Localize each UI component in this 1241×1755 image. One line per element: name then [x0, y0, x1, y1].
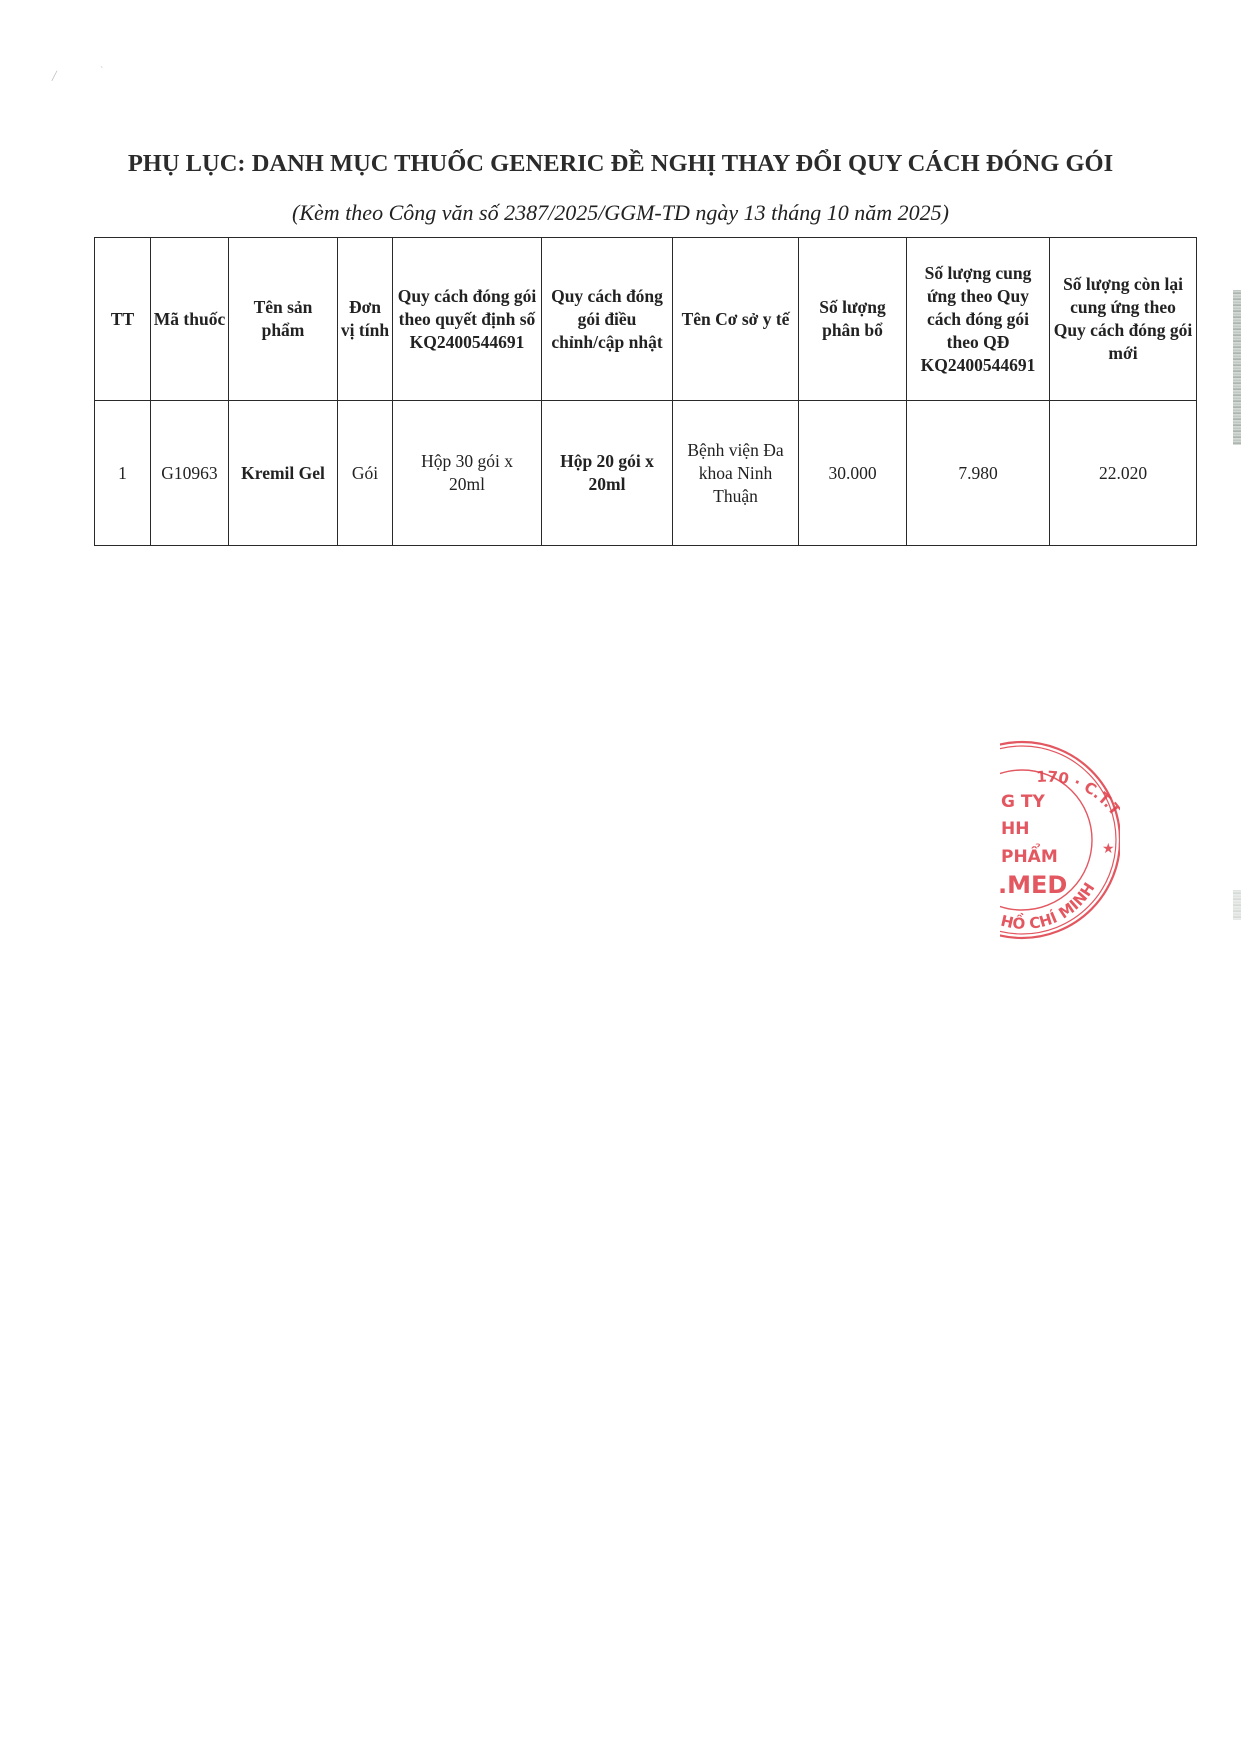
- header-ten-san-pham: Tên sản phẩm: [229, 238, 338, 401]
- scan-artifact: `: [100, 66, 103, 77]
- stamp-line: .MED: [998, 871, 1067, 899]
- drug-packaging-table: TT Mã thuốc Tên sản phẩm Đơn vị tính Quy…: [94, 237, 1197, 546]
- cell-so-luong-phan-bo: 30.000: [799, 401, 907, 546]
- header-don-vi-tinh: Đơn vị tính: [338, 238, 393, 401]
- cell-quy-cach-moi: Hộp 20 gói x 20ml: [542, 401, 673, 546]
- table-row: 1 G10963 Kremil Gel Gói Hộp 30 gói x 20m…: [95, 401, 1197, 546]
- scan-edge-artifact: [1233, 290, 1241, 445]
- stamp-line: G TY: [1001, 792, 1045, 812]
- document-subtitle: (Kèm theo Công văn số 2387/2025/GGM-TD n…: [0, 200, 1241, 226]
- header-so-luong-da-cung-ung: Số lượng cung ứng theo Quy cách đóng gói…: [907, 238, 1050, 401]
- cell-don-vi-tinh: Gói: [338, 401, 393, 546]
- header-co-so-y-te: Tên Cơ sở y tế: [673, 238, 799, 401]
- scan-artifact: /: [51, 68, 58, 86]
- table-header-row: TT Mã thuốc Tên sản phẩm Đơn vị tính Quy…: [95, 238, 1197, 401]
- header-quy-cach-moi: Quy cách đóng gói điều chỉnh/cập nhật: [542, 238, 673, 401]
- cell-tt: 1: [95, 401, 151, 546]
- header-so-luong-phan-bo: Số lượng phân bổ: [799, 238, 907, 401]
- cell-so-luong-da-cung-ung: 7.980: [907, 401, 1050, 546]
- stamp-line: PHẨM: [1001, 842, 1058, 867]
- cell-co-so-y-te: Bệnh viện Đa khoa Ninh Thuận: [673, 401, 799, 546]
- header-ma-thuoc: Mã thuốc: [151, 238, 229, 401]
- cell-so-luong-con-lai: 22.020: [1050, 401, 1197, 546]
- header-quy-cach-cu: Quy cách đóng gói theo quyết định số KQ2…: [393, 238, 542, 401]
- header-so-luong-con-lai: Số lượng còn lại cung ứng theo Quy cách …: [1050, 238, 1197, 401]
- cell-ma-thuoc: G10963: [151, 401, 229, 546]
- scan-edge-artifact: [1233, 890, 1241, 920]
- stamp-line: HH: [1001, 819, 1029, 839]
- stamp-star-icon: ★: [1102, 841, 1115, 857]
- company-stamp: 170 · C.T.T.N.H.H HỒ CHÍ MINH G TY HH PH…: [930, 735, 1120, 945]
- cell-quy-cach-cu: Hộp 30 gói x 20ml: [393, 401, 542, 546]
- cell-ten-san-pham: Kremil Gel: [229, 401, 338, 546]
- document-title: PHỤ LỤC: DANH MỤC THUỐC GENERIC ĐỀ NGHỊ …: [0, 150, 1241, 178]
- header-tt: TT: [95, 238, 151, 401]
